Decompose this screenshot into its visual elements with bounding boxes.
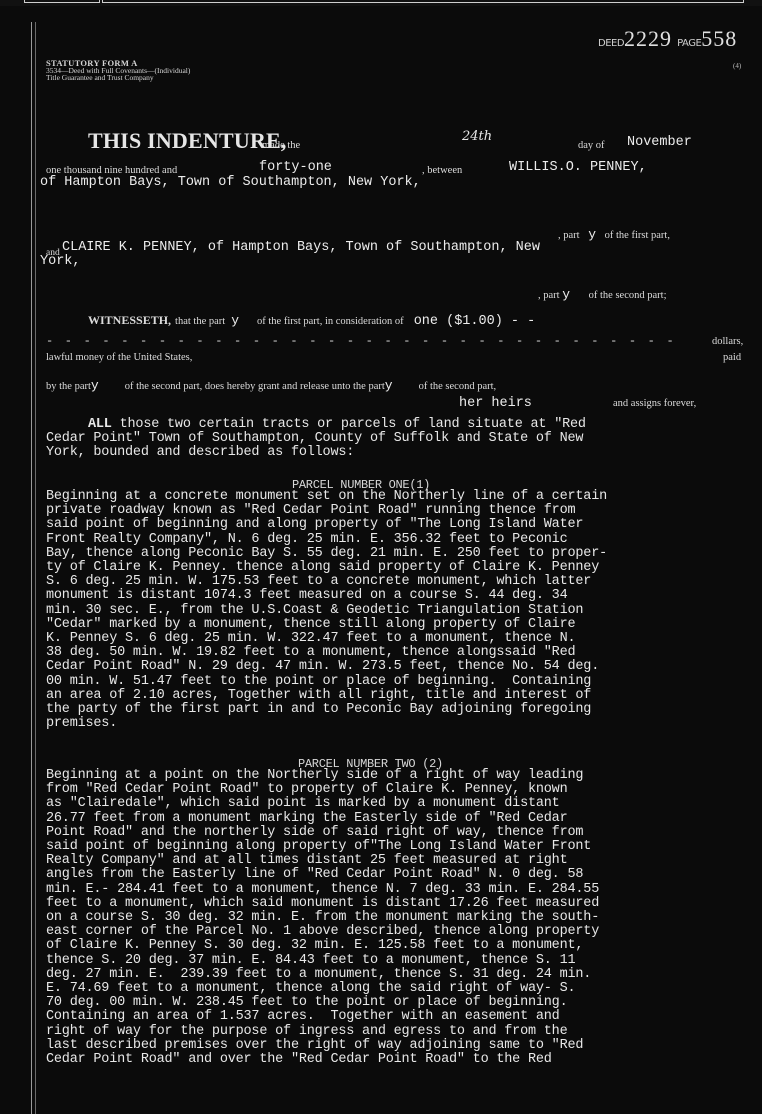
grant-line: by the party of the second part, does he… bbox=[46, 376, 496, 394]
description-line: K. Penney S. 6 deg. 25 min. W. 322.47 fe… bbox=[46, 631, 575, 646]
witnesseth-text: that the part bbox=[175, 316, 225, 327]
parcel-two-description: Beginning at a point on the Northerly si… bbox=[46, 769, 756, 1067]
part-suffix-y: y bbox=[582, 227, 602, 242]
part-label: , part bbox=[538, 290, 560, 301]
all-line: Cedar Point" Town of Southampton, County… bbox=[46, 431, 583, 446]
part-suffix-y: y bbox=[562, 287, 586, 302]
description-line: min. E.- 284.41 feet to a monument, then… bbox=[46, 882, 599, 897]
heirs-typed: her heirs bbox=[459, 396, 532, 411]
deed-number: 2229 bbox=[624, 26, 672, 51]
all-lead: ALL bbox=[46, 417, 112, 432]
first-party-name: WILLIS.O. PENNEY, bbox=[509, 160, 647, 175]
description-line: on a course S. 30 deg. 32 min. E. from t… bbox=[46, 910, 599, 925]
day-of-label: day of bbox=[578, 140, 605, 151]
all-line: York, bounded and described as follows: bbox=[46, 445, 354, 460]
made-the-label: made the bbox=[262, 140, 300, 151]
second-part-label: of the second part, bbox=[419, 381, 497, 392]
dash-fill-line: - - - - - - - - - - - - - - - - - - - - … bbox=[46, 334, 676, 348]
description-line: thence S. 20 deg. 37 min. E. 84.43 feet … bbox=[46, 953, 575, 968]
description-line: angles from the Easterly line of "Red Ce… bbox=[46, 867, 583, 882]
indenture-heading: THIS INDENTURE, bbox=[88, 128, 287, 154]
description-line: Realty Company" and at all times distant… bbox=[46, 853, 568, 868]
deed-label: DEED bbox=[598, 38, 624, 49]
stamp-sub-mark: (4) bbox=[733, 62, 741, 70]
month-typed: November bbox=[627, 135, 692, 150]
description-line: Cedar Point Road" and over the "Red Ceda… bbox=[46, 1052, 552, 1067]
description-line: ty of Claire K. Penney. thence along sai… bbox=[46, 560, 599, 575]
description-line: premises. bbox=[46, 716, 117, 731]
top-border-box-right bbox=[102, 0, 744, 3]
description-line: of Claire K. Penney S. 30 deg. 32 min. E… bbox=[46, 938, 583, 953]
by-the-part-label: by the part bbox=[46, 381, 91, 392]
page-number: 558 bbox=[701, 26, 737, 51]
left-margin-rule bbox=[31, 22, 36, 1114]
parcel-one-description: Beginning at a concrete monument set on … bbox=[46, 490, 756, 731]
party-first-part: , part y of the first part, bbox=[558, 227, 670, 242]
first-party-address: of Hampton Bays, Town of Southampton, Ne… bbox=[40, 175, 421, 190]
description-line: 70 deg. 00 min. W. 238.45 feet to the po… bbox=[46, 995, 568, 1010]
form-header: STATUTORY FORM A 3534—Deed with Full Cov… bbox=[46, 60, 190, 81]
description-line: S. 6 deg. 25 min. W. 175.53 feet to a co… bbox=[46, 574, 591, 589]
witnesseth-label: WITNESSETH, bbox=[88, 313, 171, 327]
part-label: , part bbox=[558, 230, 580, 241]
part-suffix-y: y bbox=[229, 313, 253, 328]
party-second-part: , part y of the second part; bbox=[538, 287, 667, 302]
lawful-money-label: lawful money of the United States, bbox=[46, 352, 192, 363]
between-label: , between bbox=[422, 165, 462, 176]
second-party-line-1: CLAIRE K. PENNEY, of Hampton Bays, Town … bbox=[62, 240, 540, 255]
description-line: "Cedar" marked by a monument, thence sti… bbox=[46, 617, 575, 632]
page-label: PAGE bbox=[677, 38, 701, 49]
description-line: from "Red Cedar Point Road" to property … bbox=[46, 782, 568, 797]
handwritten-day: 24th bbox=[462, 129, 492, 144]
form-publisher: Title Guarantee and Trust Company bbox=[46, 74, 190, 81]
dollars-label: dollars, bbox=[712, 336, 743, 347]
description-line: Bay, thence along Peconic Bay S. 55 deg.… bbox=[46, 546, 607, 561]
description-line: an area of 2.10 acres, Together with all… bbox=[46, 688, 591, 703]
description-line: E. 74.69 feet to a monument, thence alon… bbox=[46, 981, 575, 996]
top-border-box-left bbox=[24, 0, 100, 3]
description-line: said point of beginning and along proper… bbox=[46, 517, 583, 532]
all-line: those two certain tracts or parcels of l… bbox=[120, 417, 586, 432]
description-line: 38 deg. 50 min. W. 19.82 feet to a monum… bbox=[46, 645, 575, 660]
grant-text: of the second part, does hereby grant an… bbox=[125, 381, 385, 392]
description-line: 00 min. W. 51.47 feet to the point or pl… bbox=[46, 674, 591, 689]
description-line: said point of beginning along property o… bbox=[46, 839, 591, 854]
top-border-strip bbox=[0, 0, 762, 6]
description-line: 26.77 feet from a monument marking the E… bbox=[46, 811, 568, 826]
description-line: east corner of the Parcel No. 1 above de… bbox=[46, 924, 599, 939]
description-line: right of way for the purpose of ingress … bbox=[46, 1024, 568, 1039]
second-part-label: of the second part; bbox=[589, 290, 667, 301]
second-party-line-2: York, bbox=[40, 254, 81, 269]
consideration-label: of the first part, in consideration of bbox=[257, 316, 404, 327]
description-line: private roadway known as "Red Cedar Poin… bbox=[46, 503, 575, 518]
witnesseth-line: WITNESSETH, that the part y of the first… bbox=[88, 311, 535, 329]
all-clause: ALL those two certain tracts or parcels … bbox=[46, 418, 756, 461]
description-line: Containing an area of 1.537 acres. Toget… bbox=[46, 1009, 560, 1024]
description-line: last described premises over the right o… bbox=[46, 1038, 583, 1053]
paid-label: paid bbox=[723, 352, 741, 363]
description-line: feet to a monument, which said monument … bbox=[46, 896, 599, 911]
recording-stamp: DEED2229 PAGE558 bbox=[598, 26, 737, 52]
consideration-amount: one ($1.00) - - bbox=[408, 314, 536, 329]
description-line: the party of the first part in and to Pe… bbox=[46, 702, 591, 717]
first-part-label: of the first part, bbox=[605, 230, 670, 241]
year-typed: forty-one bbox=[259, 160, 332, 175]
part-suffix-y: y bbox=[385, 378, 415, 393]
description-line: Beginning at a concrete monument set on … bbox=[46, 489, 607, 504]
description-line: monument is distant 1074.3 feet measured… bbox=[46, 588, 568, 603]
assigns-label: and assigns forever, bbox=[613, 398, 696, 409]
description-line: min. 30 sec. E., from the U.S.Coast & Ge… bbox=[46, 603, 583, 618]
part-suffix-y: y bbox=[91, 378, 121, 393]
description-line: Point Road" and the northerly side of sa… bbox=[46, 825, 583, 840]
description-line: as "Clairedale", which said point is mar… bbox=[46, 796, 560, 811]
description-line: deg. 27 min. E. 239.39 feet to a monumen… bbox=[46, 967, 591, 982]
description-line: Cedar Point Road" N. 29 deg. 47 min. W. … bbox=[46, 659, 599, 674]
description-line: Beginning at a point on the Northerly si… bbox=[46, 768, 583, 783]
description-line: Front Realty Company", N. 6 deg. 25 min.… bbox=[46, 532, 568, 547]
